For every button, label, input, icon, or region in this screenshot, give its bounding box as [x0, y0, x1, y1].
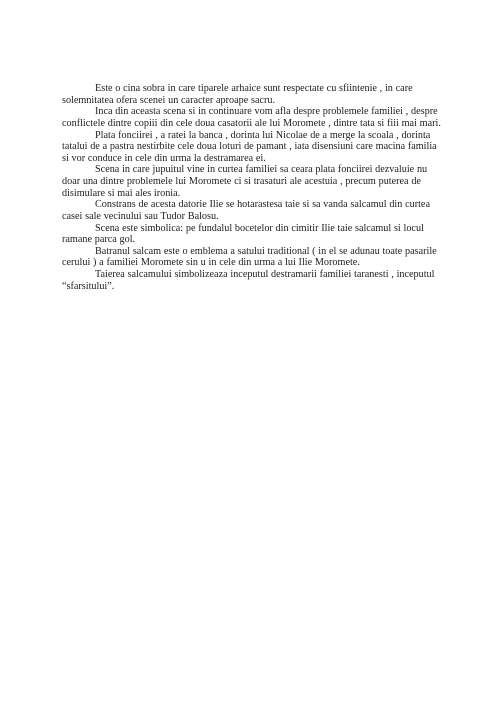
paragraph: Scena este simbolica: pe fundalul bocete…	[62, 223, 443, 246]
paragraph: Este o cina sobra in care tiparele arhai…	[62, 83, 443, 106]
paragraph: Taierea salcamului simbolizeaza inceputu…	[62, 269, 443, 292]
document-text-block: Este o cina sobra in care tiparele arhai…	[62, 83, 443, 292]
paragraph: Scena in care jupuitul vine in curtea fa…	[62, 164, 443, 199]
paragraph: Constrans de acesta datorie Ilie se hota…	[62, 199, 443, 222]
paragraph: Plata fonciirei , a ratei la banca , dor…	[62, 130, 443, 165]
paragraph: Inca din aceasta scena si in continuare …	[62, 106, 443, 129]
paragraph: Batranul salcam este o emblema a satului…	[62, 246, 443, 269]
document-page: Este o cina sobra in care tiparele arhai…	[0, 0, 500, 707]
